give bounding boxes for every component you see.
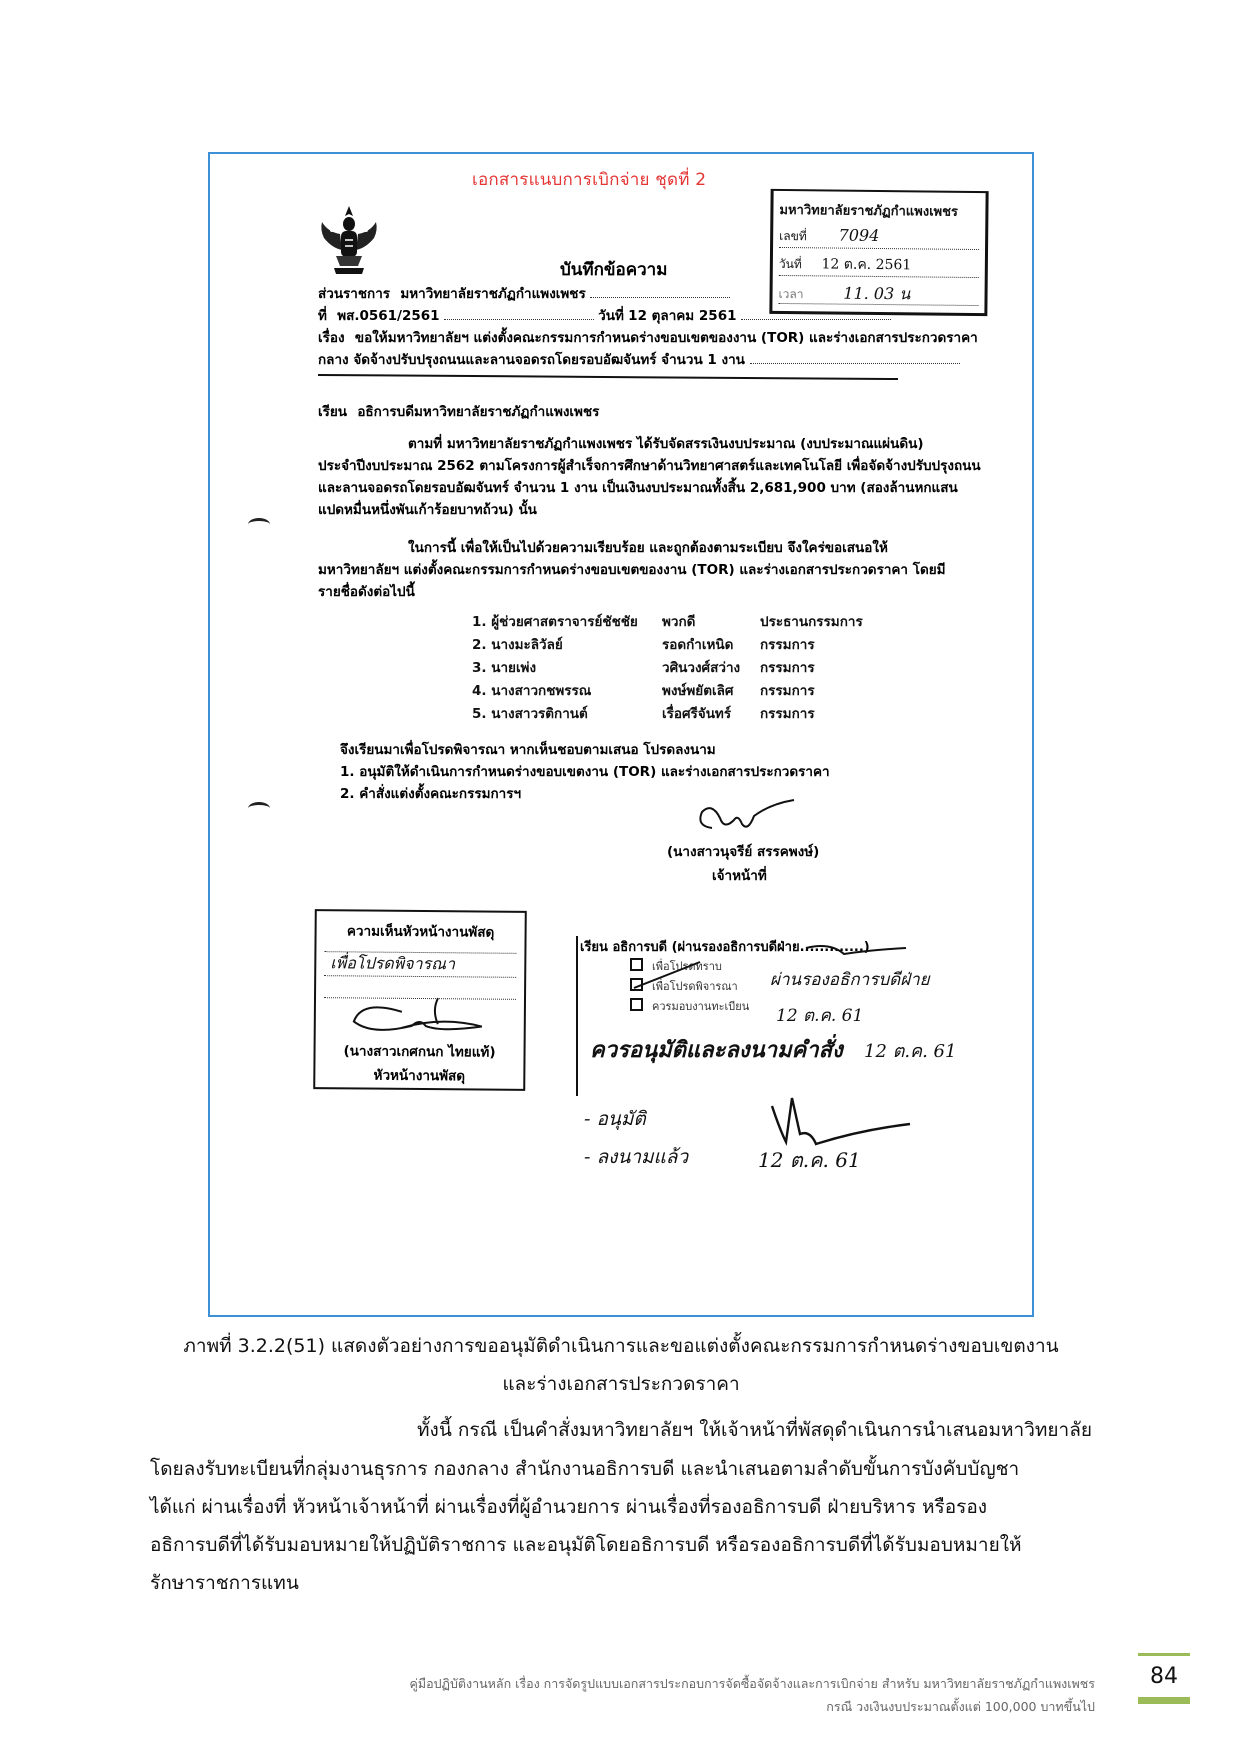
subject-line-2: กลาง จัดจ้างปรับปรุงถนนและลานจอดรถโดยรอบ… xyxy=(318,352,745,368)
officer-signature-icon xyxy=(690,798,800,842)
page-number: 84 xyxy=(1138,1664,1190,1689)
para1-line-4: แปดหมื่นหนึ่งพันเก้าร้อยบาทถ้วน) นั้น xyxy=(318,498,537,520)
page-number-bottom-bar xyxy=(1138,1697,1190,1704)
stamp-number-label: เลขที่ xyxy=(779,229,807,243)
opinion-handwritten: เพื่อโปรดพิจารณา xyxy=(330,951,455,977)
handwritten-action: - ลงนามแล้ว xyxy=(584,1142,688,1172)
to-value: อธิการบดีมหาวิทยาลัยราชภัฏกำแพงเพชร xyxy=(357,404,599,420)
handwritten-routing-note: ผ่านรองอธิการบดีฝ่าย xyxy=(770,966,930,993)
closing-item-1: 1. อนุมัติให้ดำเนินการกำหนดร่างขอบเขตงาน… xyxy=(340,760,830,782)
officer-name: (นางสาวนุจรีย์ สรรคพงษ์) xyxy=(667,840,819,862)
handwritten-action: - อนุมัติ xyxy=(584,1104,646,1134)
memo-date-value: 12 ตุลาคม 2561 xyxy=(628,308,736,324)
page-number-top-bar xyxy=(1138,1653,1190,1656)
opinion-signer-name: (นางสาวเกศกนก ไทยแท้) xyxy=(315,1039,523,1063)
handwritten-date: 12 ต.ค. 61 xyxy=(776,1002,863,1029)
stamp-time-label: เวลา xyxy=(778,287,803,301)
punch-hole-mark xyxy=(248,802,270,815)
closing-text: จึงเรียนมาเพื่อโปรดพิจารณา หากเห็นชอบตาม… xyxy=(340,738,716,760)
garuda-emblem-icon xyxy=(318,204,380,276)
para1-line-1: ตามที่ มหาวิทยาลัยราชภัฏกำแพงเพชร ได้รับ… xyxy=(408,432,924,454)
para2-line-1: ในการนี้ เพื่อให้เป็นไปด้วยความเรียบร้อย… xyxy=(408,536,888,558)
attachment-set-label: เอกสารแนบการเบิกจ่าย ชุดที่ 2 xyxy=(472,166,706,193)
scanned-document-figure: เอกสารแนบการเบิกจ่าย ชุดที่ 2 มหาวิทยาลั… xyxy=(208,152,1034,1317)
memo-divider xyxy=(318,374,898,380)
body-line-5: รักษาราชการแทน xyxy=(150,1568,1092,1598)
opinion-title: ความเห็นหัวหน้างานพัสดุ xyxy=(317,919,525,943)
body-line-3: ได้แก่ ผ่านเรื่องที่ หัวหน้าเจ้าหน้าที่ … xyxy=(150,1492,1092,1522)
subject-label: เรื่อง xyxy=(318,330,345,346)
ref-label: ที่ xyxy=(318,308,327,324)
para1-line-3: และลานจอดรถโดยรอบอัฒจันทร์ จำนวน 1 งาน เ… xyxy=(318,476,958,498)
figure-caption-line-2: และร่างเอกสารประกวดราคา xyxy=(150,1369,1092,1399)
agency-label: ส่วนราชการ xyxy=(318,286,390,302)
memo-title: บันทึกข้อความ xyxy=(560,256,667,283)
stamp-date-value: 12 ต.ค. 2561 xyxy=(821,256,911,273)
memo-date-label: วันที่ xyxy=(598,308,624,324)
footer-budget-scope: กรณี วงเงินงบประมาณตั้งแต่ 100,000 บาทขึ… xyxy=(826,1697,1095,1717)
supply-head-opinion-box: ความเห็นหัวหน้างานพัสดุ เพื่อโปรดพิจารณา… xyxy=(313,909,527,1091)
closing-item-2: 2. คำสั่งแต่งตั้งคณะกรรมการฯ xyxy=(340,782,521,804)
figure-caption-line-1: ภาพที่ 3.2.2(51) แสดงตัวอย่างการขออนุมัต… xyxy=(150,1331,1092,1361)
to-label: เรียน xyxy=(318,404,347,420)
footer-manual-title: คู่มือปฏิบัติงานหลัก เรื่อง การจัดรูปแบบ… xyxy=(410,1674,1095,1694)
supply-head-signature-icon xyxy=(342,995,492,1040)
stamp-number-value: 7094 xyxy=(838,226,879,245)
handwritten-date: 12 ต.ค. 61 xyxy=(758,1144,861,1176)
subject-line-1: ขอให้มหาวิทยาลัยฯ แต่งตั้งคณะกรรมการกำหน… xyxy=(355,330,978,346)
stamp-date-label: วันที่ xyxy=(779,257,802,271)
para2-line-2: มหาวิทยาลัยฯ แต่งตั้งคณะกรรมการกำหนดร่าง… xyxy=(318,558,946,580)
officer-position: เจ้าหน้าที่ xyxy=(712,864,767,886)
body-line-1: ทั้งนี้ กรณี เป็นคำสั่งมหาวิทยาลัยฯ ให้เ… xyxy=(150,1415,1092,1445)
body-line-2: โดยลงรับทะเบียนที่กลุ่มงานธุรการ กองกลาง… xyxy=(150,1454,1092,1484)
punch-hole-mark xyxy=(248,518,270,531)
stamp-org: มหาวิทยาลัยราชภัฏกำแพงเพชร xyxy=(779,199,979,222)
handwritten-date: 12 ต.ค. 61 xyxy=(864,1036,956,1065)
ref-value: พส.0561/2561 xyxy=(337,308,439,324)
agency-value: มหาวิทยาลัยราชภัฏกำแพงเพชร xyxy=(400,286,585,302)
para1-line-2: ประจำปีงบประมาณ 2562 ตามโครงการผู้สำเร็จ… xyxy=(318,454,981,476)
receipt-stamp: มหาวิทยาลัยราชภัฏกำแพงเพชร เลขที่ 7094 ว… xyxy=(769,189,988,316)
opinion-signer-position: หัวหน้างานพัสดุ xyxy=(315,1063,523,1087)
handwritten-recommendation: ควรอนุมัติและลงนามคำสั่ง xyxy=(590,1032,843,1067)
stamp-time-value: 11. 03 น xyxy=(843,284,910,304)
body-line-4: อธิการบดีที่ได้รับมอบหมายให้ปฏิบัติราชกา… xyxy=(150,1530,1092,1560)
para2-line-3: รายชื่อดังต่อไปนี้ xyxy=(318,580,415,602)
